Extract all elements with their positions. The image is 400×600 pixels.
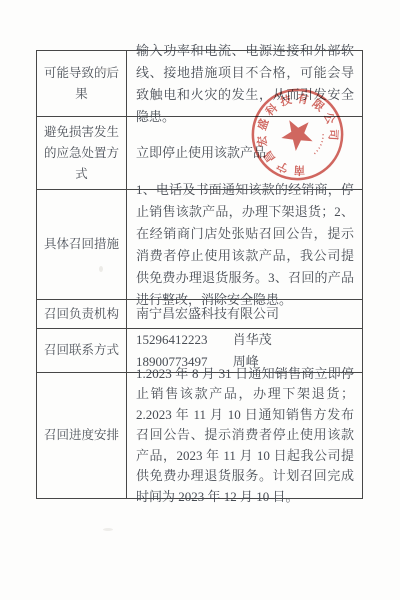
row-content: 输入功率和电流、电源连接和外部软线、接地措施项目不合格，可能会导致触电和火灾的发… bbox=[127, 51, 362, 116]
row-label: 具体召回措施 bbox=[37, 190, 127, 299]
table-row-responsible-org: 召回负责机构 南宁昌宏盛科技有限公司 bbox=[37, 299, 362, 328]
table-row-possible-consequences: 可能导致的后果 输入功率和电流、电源连接和外部软线、接地措施项目不合格，可能会导… bbox=[37, 51, 362, 116]
document-page: 可能导致的后果 输入功率和电流、电源连接和外部软线、接地措施项目不合格，可能会导… bbox=[0, 0, 400, 600]
recall-schedule-text: 1.2023 年 8 月 31 日通知销售商立即停止销售该款产品，办理下架退货；… bbox=[136, 364, 354, 508]
scan-speckle bbox=[99, 266, 103, 272]
row-label: 可能导致的后果 bbox=[37, 51, 127, 116]
table-row-recall-schedule: 召回进度安排 1.2023 年 8 月 31 日通知销售商立即停止销售该款产品，… bbox=[37, 372, 362, 498]
scan-speckle bbox=[103, 528, 113, 531]
row-content: 南宁昌宏盛科技有限公司 bbox=[127, 300, 362, 328]
row-label: 召回联系方式 bbox=[37, 329, 127, 372]
row-label: 召回进度安排 bbox=[37, 373, 127, 498]
recall-measures-text: 1、电话及书面通知该款的经销商，停止销售该款产品，办理下架退货；2、在经销商门店… bbox=[136, 179, 354, 311]
contact-name-1: 肖华茂 bbox=[233, 329, 272, 351]
row-label: 召回负责机构 bbox=[37, 300, 127, 328]
emergency-measures-text: 立即停止使用该款产品 bbox=[136, 142, 354, 164]
row-content: 1.2023 年 8 月 31 日通知销售商立即停止销售该款产品，办理下架退货；… bbox=[127, 373, 362, 498]
contact-line-1: 15296412223 肖华茂 bbox=[136, 329, 354, 351]
responsible-org-name: 南宁昌宏盛科技有限公司 bbox=[136, 303, 354, 325]
contact-phone-1: 15296412223 bbox=[136, 332, 208, 347]
scan-speckle bbox=[98, 68, 112, 71]
row-label: 避免损害发生的应急处置方式 bbox=[37, 117, 127, 189]
recall-info-table: 可能导致的后果 输入功率和电流、电源连接和外部软线、接地措施项目不合格，可能会导… bbox=[36, 50, 363, 499]
consequences-text: 输入功率和电流、电源连接和外部软线、接地措施项目不合格，可能会导致触电和火灾的发… bbox=[136, 40, 354, 128]
row-content: 1、电话及书面通知该款的经销商，停止销售该款产品，办理下架退货；2、在经销商门店… bbox=[127, 190, 362, 299]
table-row-recall-measures: 具体召回措施 1、电话及书面通知该款的经销商，停止销售该款产品，办理下架退货；2… bbox=[37, 189, 362, 299]
